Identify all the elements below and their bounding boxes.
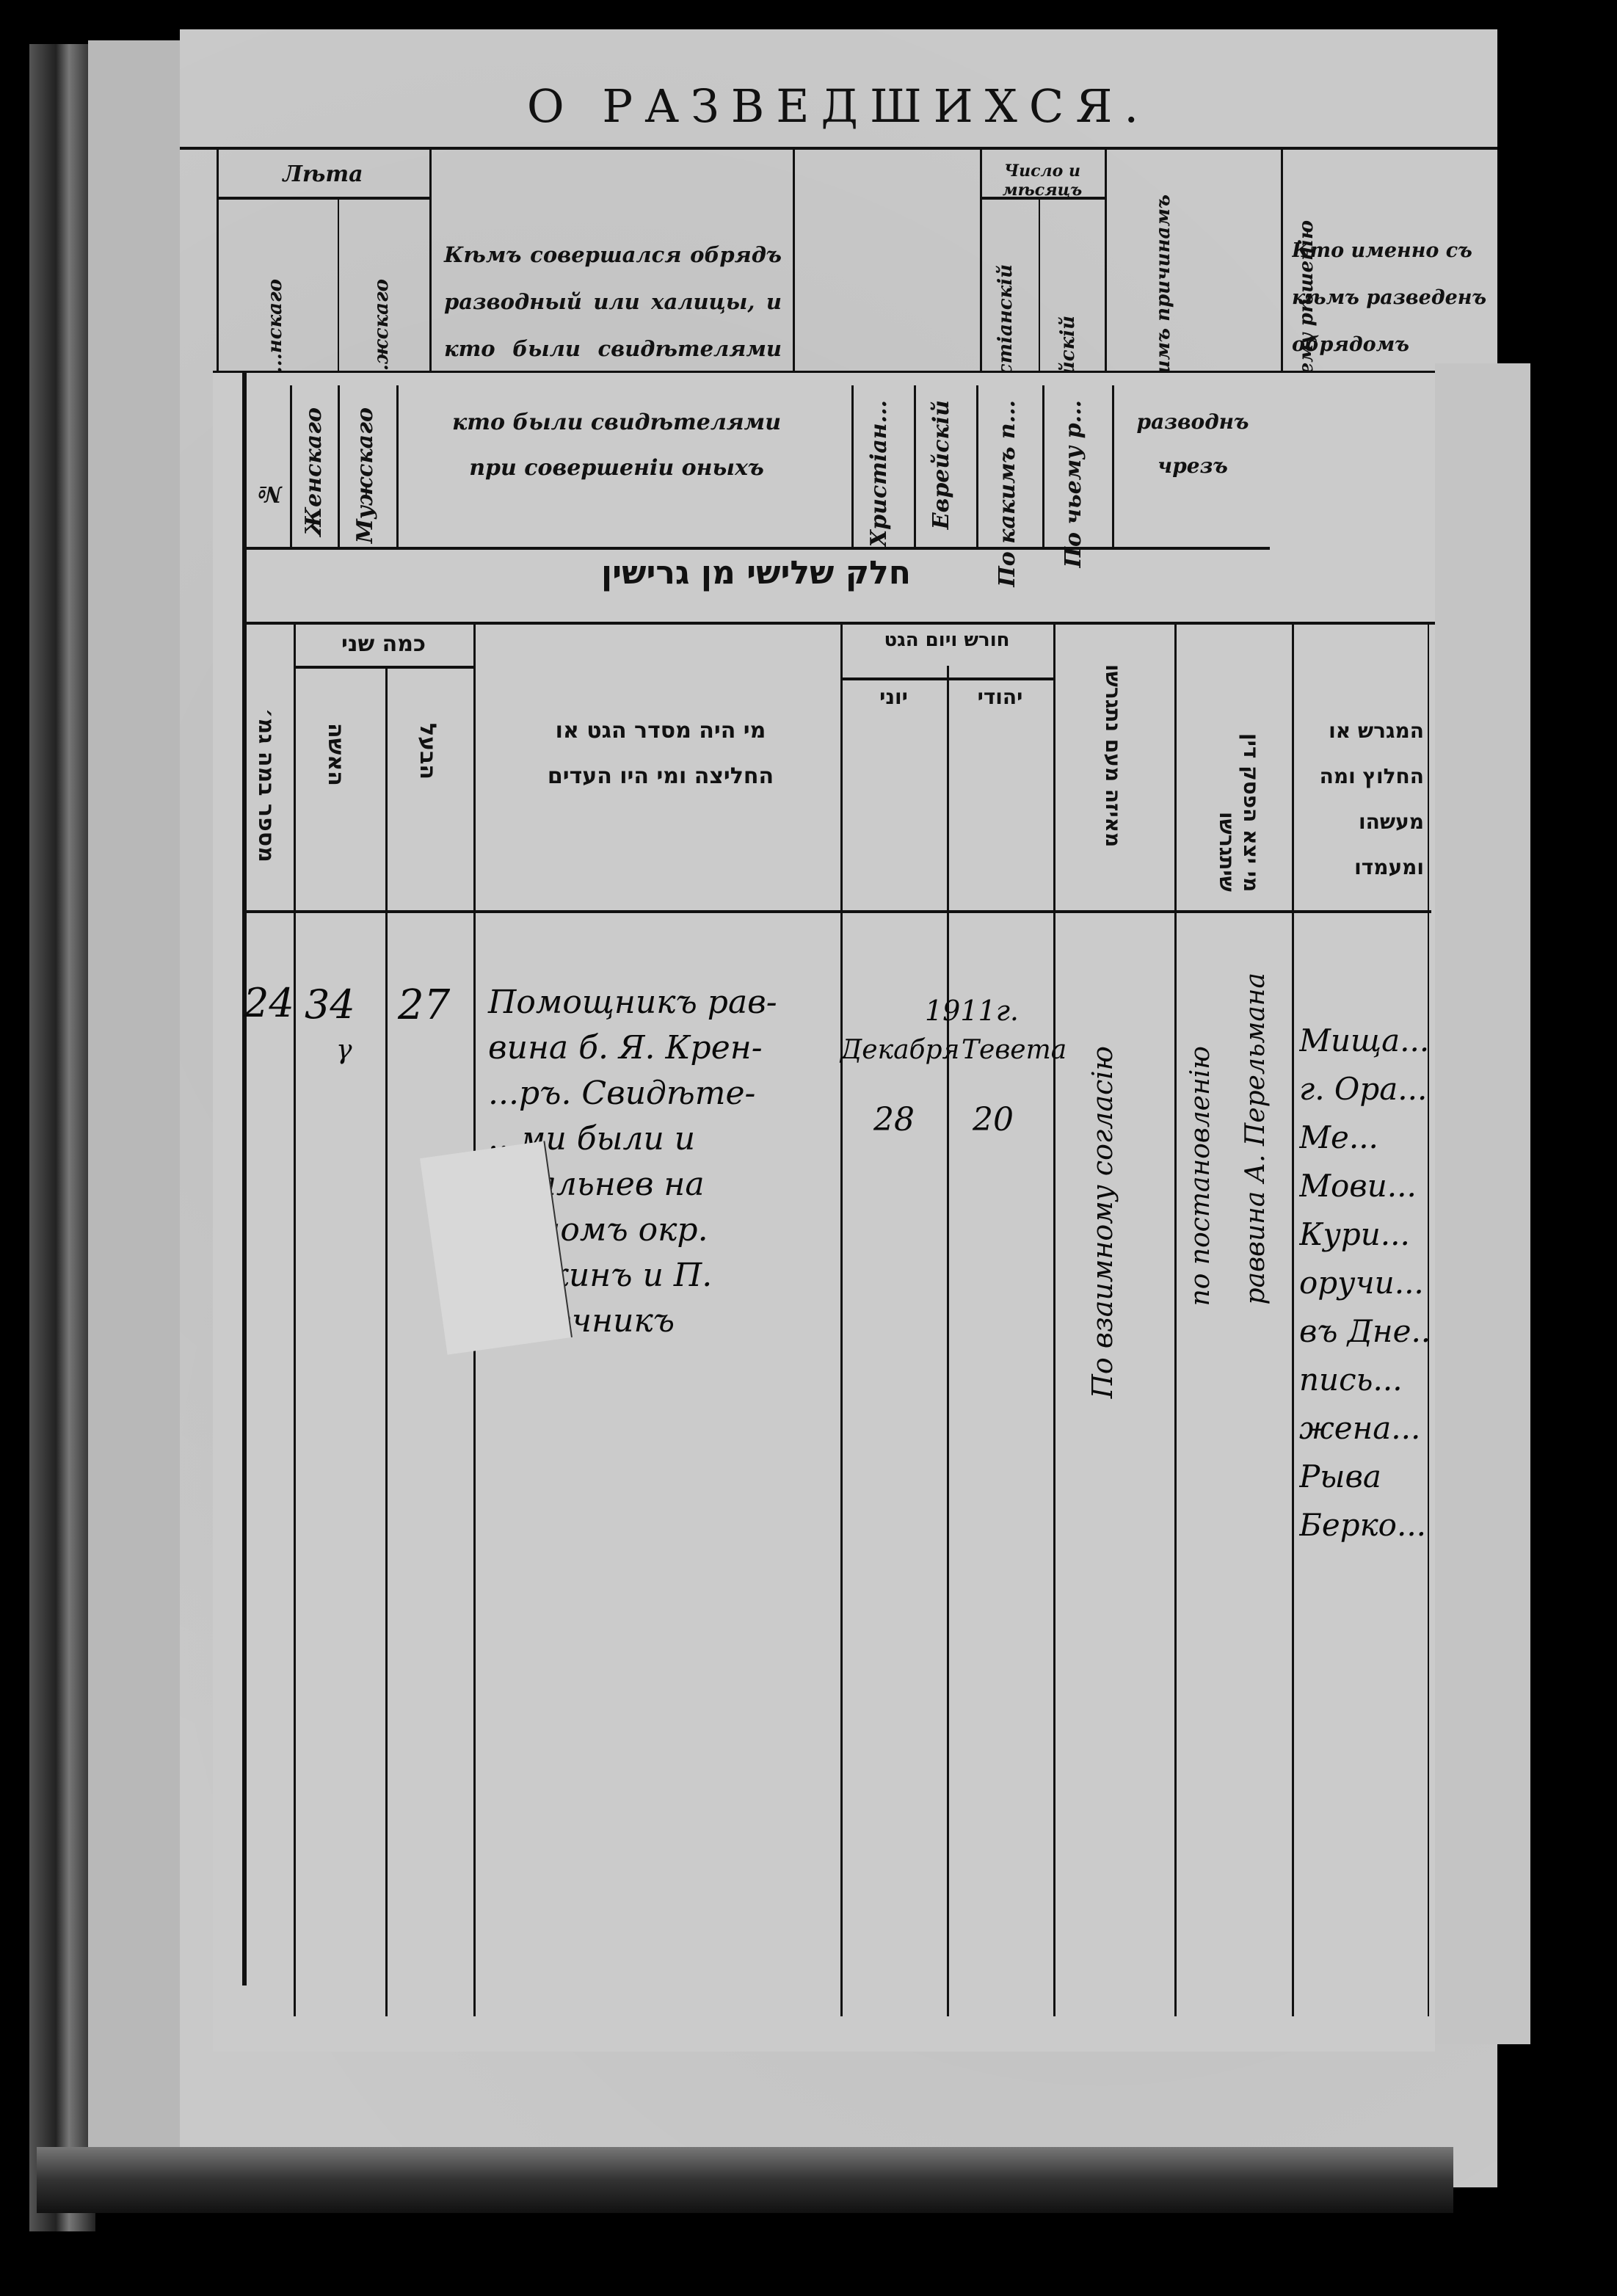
back-years-header: Лѣта bbox=[217, 161, 429, 187]
entry-decision-line2: раввина А. Перельмана bbox=[1240, 973, 1271, 1304]
ru-decision-header: По чьему р... bbox=[1061, 400, 1086, 567]
entry-husband-age: 27 bbox=[398, 981, 450, 1029]
entry-month-christian: Декабря bbox=[840, 1035, 959, 1065]
book-spine bbox=[29, 44, 95, 2231]
back-female-header: ...нскаго bbox=[264, 279, 286, 373]
ru-divorced-header: разводнъ чрезъ bbox=[1119, 400, 1266, 488]
entry-month-jewish: Тевета bbox=[962, 1035, 1067, 1065]
ru-female-header: Женскаго bbox=[301, 407, 327, 536]
he-greek-header: יוני bbox=[840, 685, 947, 709]
page-edge-stack bbox=[88, 40, 183, 2213]
entry-wife-age: 34 bbox=[305, 981, 355, 1028]
bottom-torn-edge bbox=[37, 2147, 1453, 2213]
ru-number-header: № bbox=[257, 481, 283, 506]
entry-reason: По взаимному согласію bbox=[1086, 1046, 1119, 1398]
he-reason-header: מאיזה מעם נתגרשו bbox=[1101, 664, 1125, 847]
ru-witnesses-header: кто были свидѣтелями при совершеніи оных… bbox=[433, 400, 800, 491]
entry-wife-age-mark: γ bbox=[336, 1035, 352, 1065]
ru-jewish-header: Еврейскій bbox=[929, 400, 954, 529]
he-age-group-header: כמה שני bbox=[294, 631, 473, 657]
back-date-header: Число и мѣсяцъ bbox=[980, 161, 1105, 200]
ru-male-header: Мужскаго bbox=[352, 407, 378, 543]
entry-day-christian: 28 bbox=[873, 1101, 915, 1138]
he-divorcer-header: המגרש או החלוץ ומה מעשהו ומעמדו bbox=[1299, 708, 1424, 890]
he-husband-header: הבעל bbox=[415, 723, 440, 780]
he-officiant-header: מי היה מסדר הגט או החליצה ומי היו העדים bbox=[521, 708, 800, 799]
he-date-group-header: חורש ויום הגט bbox=[873, 629, 1020, 651]
right-margin-strip bbox=[1435, 363, 1530, 2044]
document-title: О РАЗВЕДШИХСЯ. bbox=[180, 79, 1497, 133]
back-male-header: ...жскаго bbox=[371, 279, 393, 384]
ru-christian-header: Христіан... bbox=[866, 400, 892, 547]
entry-divorcer: Мища... г. Ора... Ме... Мови... Кури... … bbox=[1299, 1017, 1428, 1550]
entry-day-jewish: 20 bbox=[973, 1101, 1014, 1138]
front-sheet: № Женскаго Мужскаго кто были свидѣтелями… bbox=[213, 371, 1435, 2052]
he-number-header: מספר במה גמ׳ bbox=[253, 708, 279, 862]
entry-decision-line1: по постановленію bbox=[1185, 1046, 1216, 1306]
entry-year: 1911г. bbox=[925, 995, 1019, 1027]
hebrew-section-title: חלק שלישי מן גרישין bbox=[242, 554, 1270, 592]
he-wife-header: האשה bbox=[323, 723, 349, 786]
he-decision-header: מי יצא הפסק דין שיתגרשו bbox=[1215, 664, 1263, 892]
he-jewish-header: יהודי bbox=[947, 685, 1053, 709]
entry-number: 24 bbox=[244, 980, 294, 1026]
